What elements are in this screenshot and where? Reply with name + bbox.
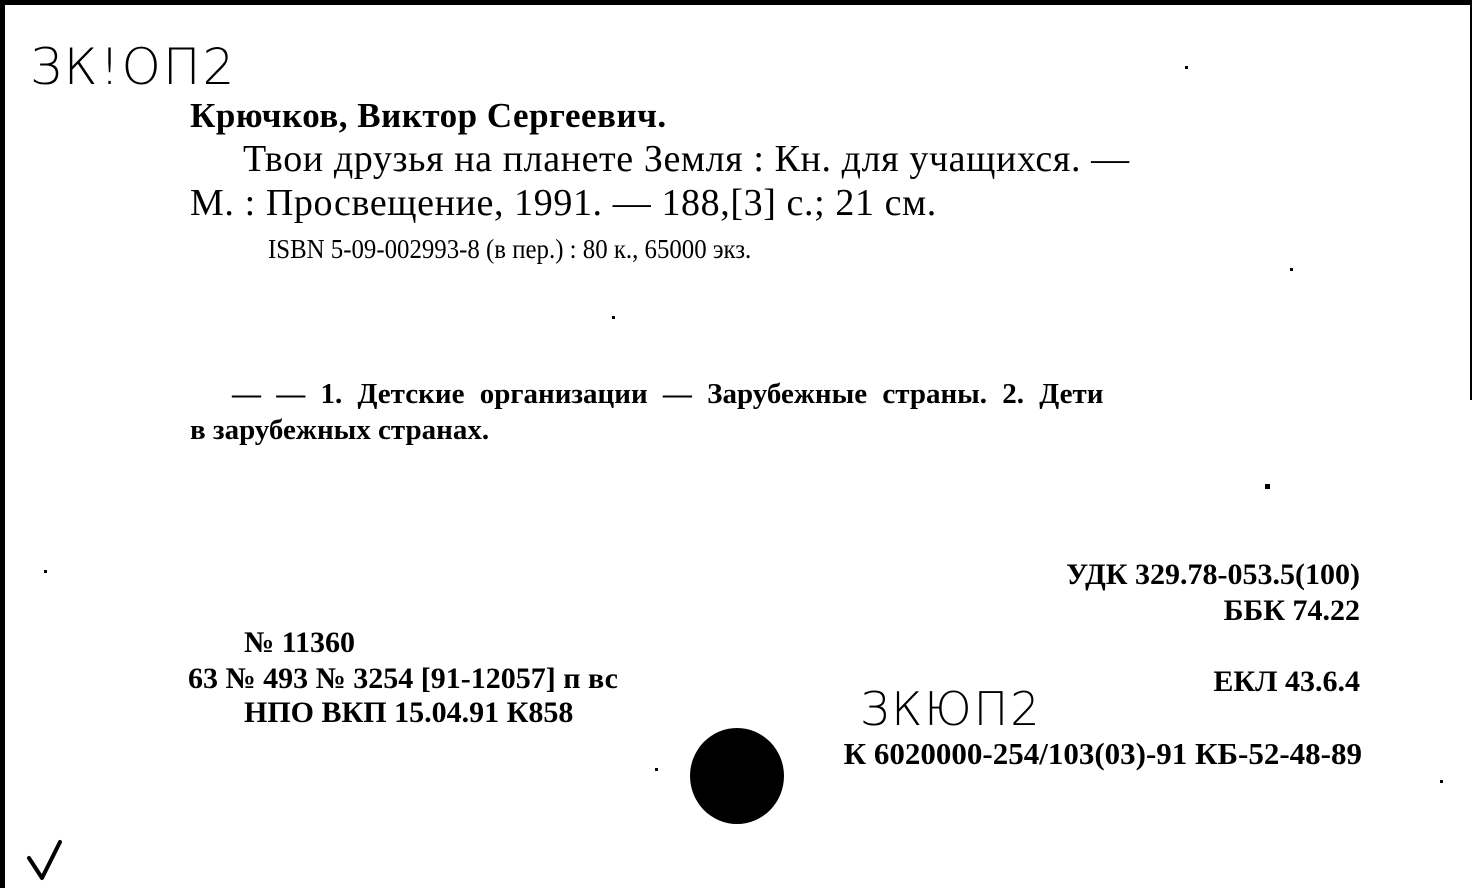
speck [612,316,615,319]
speck [1265,484,1270,489]
card-top-border [0,0,1472,5]
catalog-card: ЗК!ОП2 Крючков, Виктор Сергеевич. Твои д… [0,0,1472,888]
handwritten-shelf-code-top: ЗК!ОП2 [30,38,236,96]
udk-classification: УДК 329.78-053.5(100) [1066,560,1360,590]
punch-hole [690,728,784,824]
speck [44,570,47,573]
title-line-1: Твои друзья на планете Земля : Кн. для у… [243,140,1130,178]
order-line: 63 № 493 № 3254 [91-12057] п вс [188,664,618,694]
kb-line: К 6020000-254/103(03)-91 КБ-52-48-89 [844,738,1362,769]
checkmark-icon [26,838,66,884]
speck [1290,268,1293,271]
isbn-line: ISBN 5-09-002993-8 (в пер.) : 80 к., 650… [268,236,751,263]
npo-line: НПО ВКП 15.04.91 К858 [244,698,573,728]
imprint-line: М. : Просвещение, 1991. — 188,[3] с.; 21… [190,184,937,222]
speck [1185,66,1188,69]
ekl-classification: ЕКЛ 43.6.4 [1213,667,1360,697]
subjects-line-1: — — 1. Детские организации — Зарубежные … [232,380,1103,409]
bbk-classification: ББК 74.22 [1224,596,1360,626]
handwritten-shelf-code-bottom: ЗКЮП2 [860,682,1042,736]
speck [1440,780,1443,783]
subjects-line-2: в зарубежных странах. [190,416,489,445]
author-heading: Крючков, Виктор Сергеевич. [190,98,667,133]
record-number: № 11360 [244,628,355,658]
speck [655,768,658,771]
card-left-border [0,0,5,888]
